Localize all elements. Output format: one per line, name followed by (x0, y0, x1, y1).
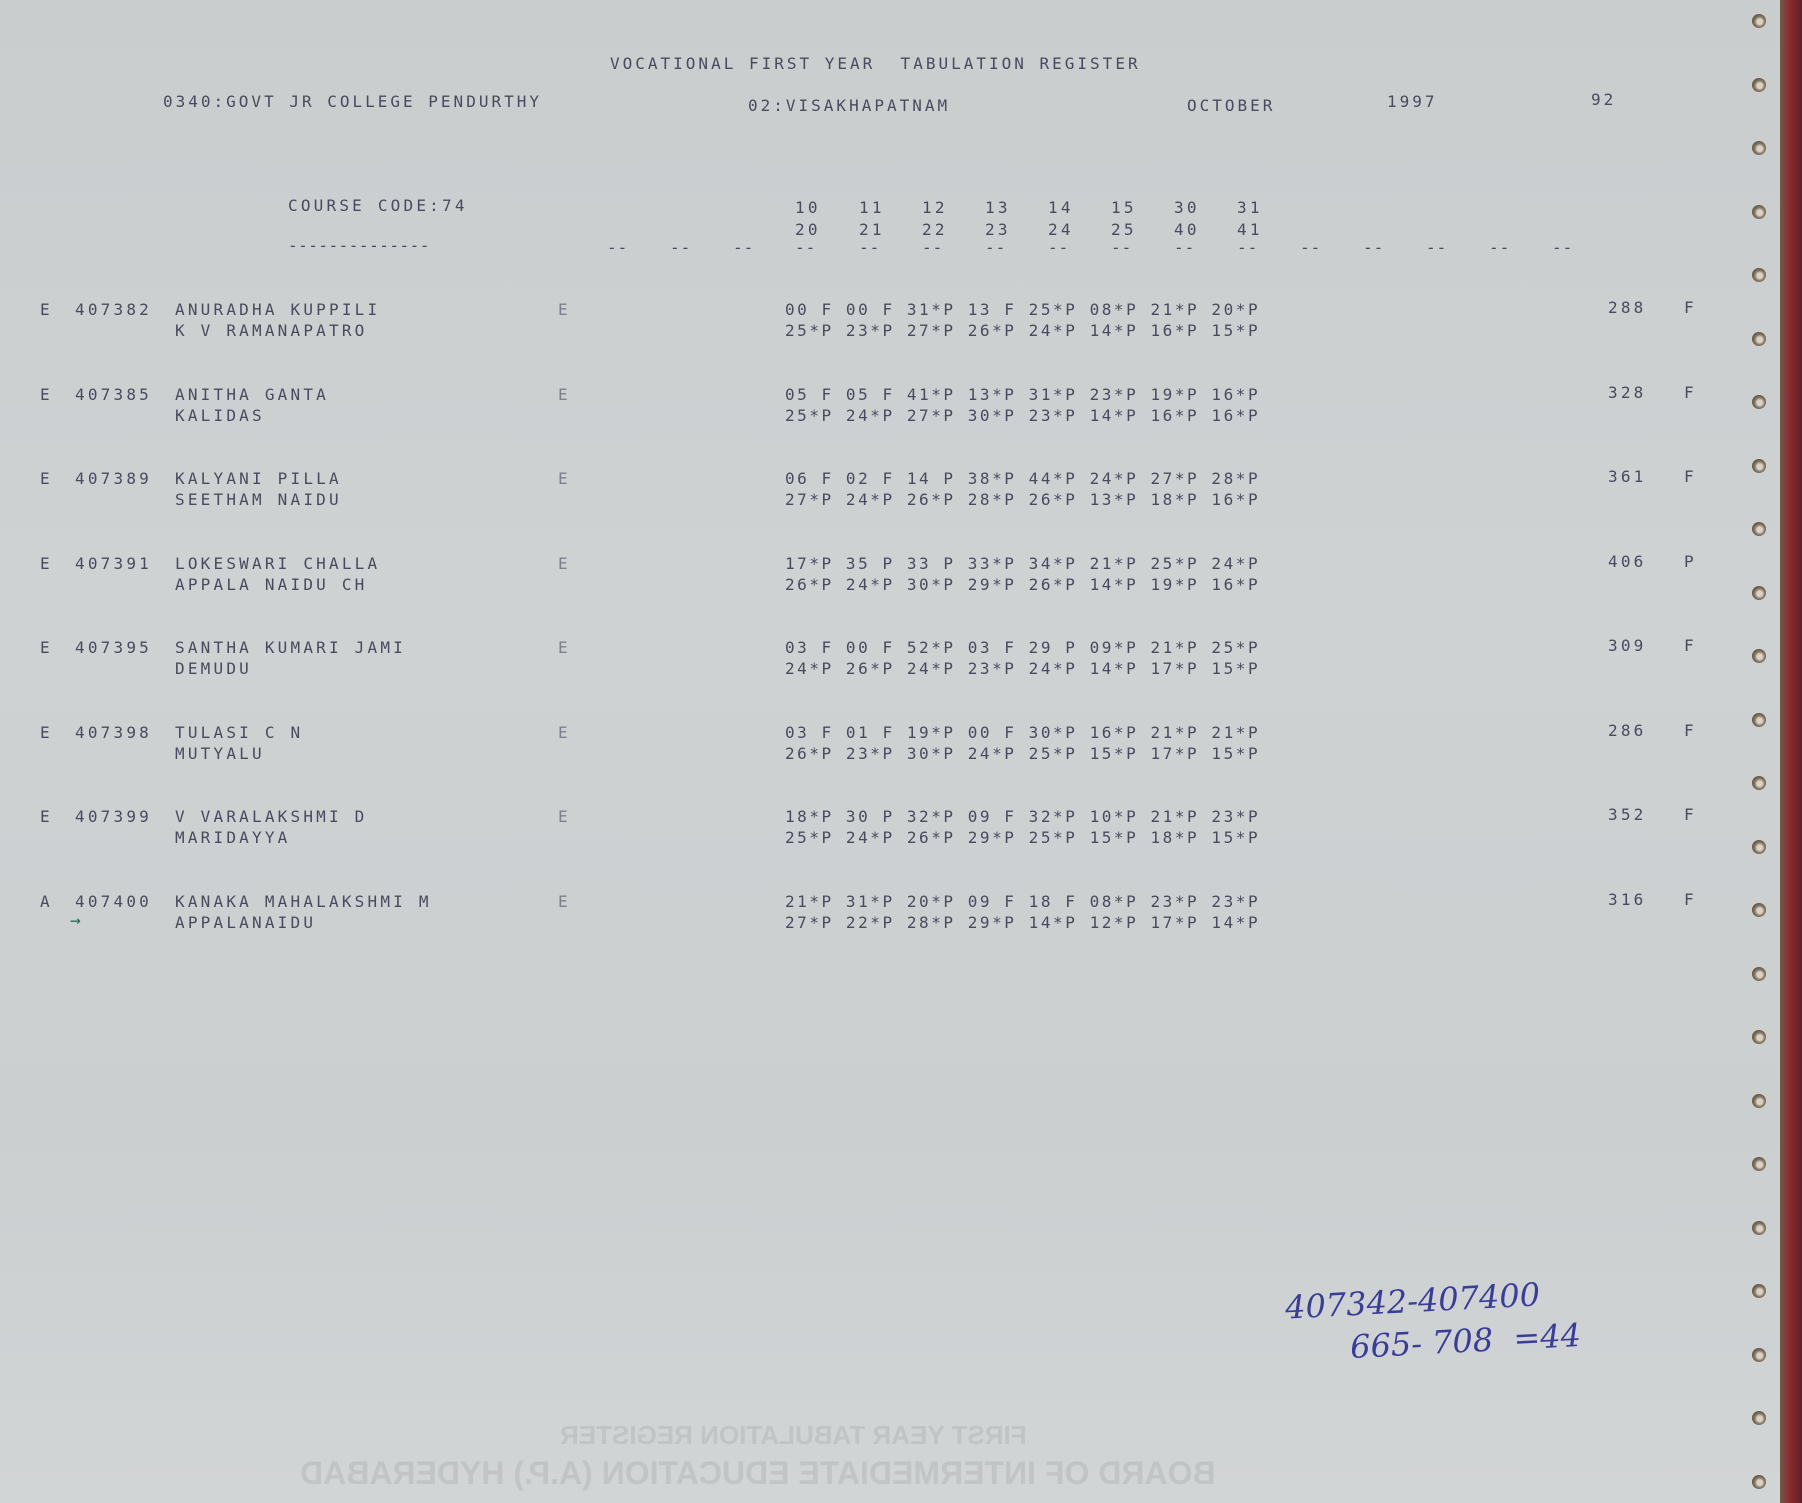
feed-hole-icon (1752, 840, 1766, 854)
result-status: F (1684, 636, 1697, 656)
column-separator: -- (1111, 238, 1132, 257)
feed-hole-icon (1752, 903, 1766, 917)
record-flag: E (40, 554, 53, 574)
record-flag: E (40, 807, 53, 827)
subject-code: 12 (922, 198, 948, 218)
feed-hole-icon (1752, 1157, 1766, 1171)
subject-code: 24 (1048, 220, 1074, 240)
feed-hole-icon (1752, 268, 1766, 282)
hall-ticket-number: 407399 (75, 807, 152, 827)
record-flag: A (40, 892, 53, 912)
marks-row-1: 03 F 01 F 19*P 00 F 30*P 16*P 21*P 21*P (785, 723, 1260, 743)
subject-code: 14 (1048, 198, 1074, 218)
total-marks: 352 (1608, 805, 1647, 825)
father-name: MUTYALU (175, 744, 265, 764)
hall-ticket-number: 407400 (75, 892, 152, 912)
medium-code: E (558, 554, 571, 574)
marks-row-1: 06 F 02 F 14 P 38*P 44*P 24*P 27*P 28*P (785, 469, 1260, 489)
record-flag: E (40, 469, 53, 489)
student-name: SANTHA KUMARI JAMI (175, 638, 406, 658)
hall-ticket-number: 407398 (75, 723, 152, 743)
column-separator: -- (1048, 238, 1069, 257)
marks-row-1: 17*P 35 P 33 P 33*P 34*P 21*P 25*P 24*P (785, 554, 1260, 574)
student-name: KANAKA MAHALAKSHMI M (175, 892, 432, 912)
medium-code: E (558, 723, 571, 743)
subject-code: 31 (1237, 198, 1263, 218)
feed-hole-icon (1752, 1475, 1766, 1489)
feed-hole-icon (1752, 459, 1766, 473)
subject-code: 10 (795, 198, 821, 218)
marks-row-2: 25*P 23*P 27*P 26*P 24*P 14*P 16*P 15*P (785, 321, 1260, 341)
column-separator: -- (795, 238, 816, 257)
subject-code: 15 (1111, 198, 1137, 218)
exam-year: 1997 (1387, 92, 1438, 112)
subject-code: 25 (1111, 220, 1137, 240)
marks-row-1: 21*P 31*P 20*P 09 F 18 F 08*P 23*P 23*P (785, 892, 1260, 912)
subject-code: 21 (859, 220, 885, 240)
column-separator: -- (733, 238, 754, 257)
column-separator: -- (670, 238, 691, 257)
hall-ticket-number: 407395 (75, 638, 152, 658)
student-name: KALYANI PILLA (175, 469, 342, 489)
feed-hole-icon (1752, 395, 1766, 409)
hall-ticket-number: 407385 (75, 385, 152, 405)
hall-ticket-number: 407382 (75, 300, 152, 320)
arrow-mark-icon: → (70, 910, 81, 931)
result-status: F (1684, 467, 1697, 487)
record-flag: E (40, 300, 53, 320)
bleed-through-line1: FIRST YEAR TABULATION REGISTER (560, 1420, 1027, 1451)
father-name: APPALA NAIDU CH (175, 575, 368, 595)
result-status: F (1684, 298, 1697, 318)
college-name: 0340:GOVT JR COLLEGE PENDURTHY (163, 92, 542, 112)
paper-edge (1780, 0, 1802, 1503)
feed-hole-icon (1752, 141, 1766, 155)
feed-hole-icon (1752, 649, 1766, 663)
feed-hole-icon (1752, 776, 1766, 790)
subject-code: 30 (1174, 198, 1200, 218)
medium-code: E (558, 807, 571, 827)
subject-code: 20 (795, 220, 821, 240)
medium-code: E (558, 892, 571, 912)
medium-code: E (558, 638, 571, 658)
result-status: F (1684, 383, 1697, 403)
father-name: KALIDAS (175, 406, 265, 426)
total-marks: 286 (1608, 721, 1647, 741)
record-flag: E (40, 385, 53, 405)
marks-row-2: 26*P 23*P 30*P 24*P 25*P 15*P 17*P 15*P (785, 744, 1260, 764)
feed-hole-icon (1752, 1284, 1766, 1298)
column-separator: -- (1363, 238, 1384, 257)
result-status: F (1684, 890, 1697, 910)
student-name: ANURADHA KUPPILI (175, 300, 380, 320)
marks-row-2: 27*P 24*P 26*P 28*P 26*P 13*P 18*P 16*P (785, 490, 1260, 510)
total-marks: 309 (1608, 636, 1647, 656)
feed-hole-icon (1752, 1221, 1766, 1235)
record-flag: E (40, 638, 53, 658)
father-name: DEMUDU (175, 659, 252, 679)
marks-row-2: 27*P 22*P 28*P 29*P 14*P 12*P 17*P 14*P (785, 913, 1260, 933)
hall-ticket-number: 407389 (75, 469, 152, 489)
course-code-label: COURSE CODE:74 (288, 196, 468, 216)
total-marks: 361 (1608, 467, 1647, 487)
total-marks: 316 (1608, 890, 1647, 910)
feed-hole-icon (1752, 967, 1766, 981)
column-separator: -- (1552, 238, 1573, 257)
feed-hole-icon (1752, 713, 1766, 727)
column-separator: -- (985, 238, 1006, 257)
result-status: F (1684, 721, 1697, 741)
column-separator: -- (1489, 238, 1510, 257)
feed-hole-icon (1752, 586, 1766, 600)
marks-row-1: 00 F 00 F 31*P 13 F 25*P 08*P 21*P 20*P (785, 300, 1260, 320)
father-name: K V RAMANAPATRO (175, 321, 368, 341)
medium-code: E (558, 300, 571, 320)
subject-code: 40 (1174, 220, 1200, 240)
student-name: LOKESWARI CHALLA (175, 554, 380, 574)
marks-row-2: 25*P 24*P 27*P 30*P 23*P 14*P 16*P 16*P (785, 406, 1260, 426)
feed-hole-icon (1752, 1411, 1766, 1425)
father-name: MARIDAYYA (175, 828, 291, 848)
feed-hole-icon (1752, 205, 1766, 219)
result-status: P (1684, 552, 1697, 572)
father-name: SEETHAM NAIDU (175, 490, 342, 510)
exam-month: OCTOBER (1187, 96, 1275, 116)
feed-hole-icon (1752, 1094, 1766, 1108)
column-separator: -- (1174, 238, 1195, 257)
marks-row-2: 24*P 26*P 24*P 23*P 24*P 14*P 17*P 15*P (785, 659, 1260, 679)
register-title: VOCATIONAL FIRST YEAR TABULATION REGISTE… (610, 54, 1141, 74)
hall-ticket-number: 407391 (75, 554, 152, 574)
subject-code: 22 (922, 220, 948, 240)
result-status: F (1684, 805, 1697, 825)
bleed-through-line2: BOARD OF INTERMEDIATE EDUCATION (A.P.) H… (300, 1455, 1216, 1492)
marks-row-1: 03 F 00 F 52*P 03 F 29 P 09*P 21*P 25*P (785, 638, 1260, 658)
marks-row-2: 25*P 24*P 26*P 29*P 25*P 15*P 18*P 15*P (785, 828, 1260, 848)
total-marks: 288 (1608, 298, 1647, 318)
feed-hole-icon (1752, 78, 1766, 92)
medium-code: E (558, 385, 571, 405)
father-name: APPALANAIDU (175, 913, 316, 933)
marks-row-1: 05 F 05 F 41*P 13*P 31*P 23*P 19*P 16*P (785, 385, 1260, 405)
feed-hole-icon (1752, 332, 1766, 346)
record-flag: E (40, 723, 53, 743)
subject-code: 41 (1237, 220, 1263, 240)
feed-hole-icon (1752, 1030, 1766, 1044)
course-code-underline: -------------- (288, 236, 430, 256)
feed-hole-icon (1752, 1348, 1766, 1362)
marks-row-2: 26*P 24*P 30*P 29*P 26*P 14*P 19*P 16*P (785, 575, 1260, 595)
column-separator: -- (1426, 238, 1447, 257)
subject-code: 13 (985, 198, 1011, 218)
column-separator: -- (859, 238, 880, 257)
total-marks: 328 (1608, 383, 1647, 403)
total-marks: 406 (1608, 552, 1647, 572)
student-name: ANITHA GANTA (175, 385, 329, 405)
subject-code: 23 (985, 220, 1011, 240)
subject-code: 11 (859, 198, 885, 218)
student-name: V VARALAKSHMI D (175, 807, 368, 827)
column-separator: -- (607, 238, 628, 257)
marks-row-1: 18*P 30 P 32*P 09 F 32*P 10*P 21*P 23*P (785, 807, 1260, 827)
medium-code: E (558, 469, 571, 489)
feed-hole-icon (1752, 14, 1766, 28)
column-separator: -- (922, 238, 943, 257)
page-number: 92 (1591, 90, 1616, 110)
column-separator: -- (1237, 238, 1258, 257)
student-name: TULASI C N (175, 723, 303, 743)
feed-hole-icon (1752, 522, 1766, 536)
column-separator: -- (1300, 238, 1321, 257)
district-name: 02:VISAKHAPATNAM (748, 96, 950, 116)
